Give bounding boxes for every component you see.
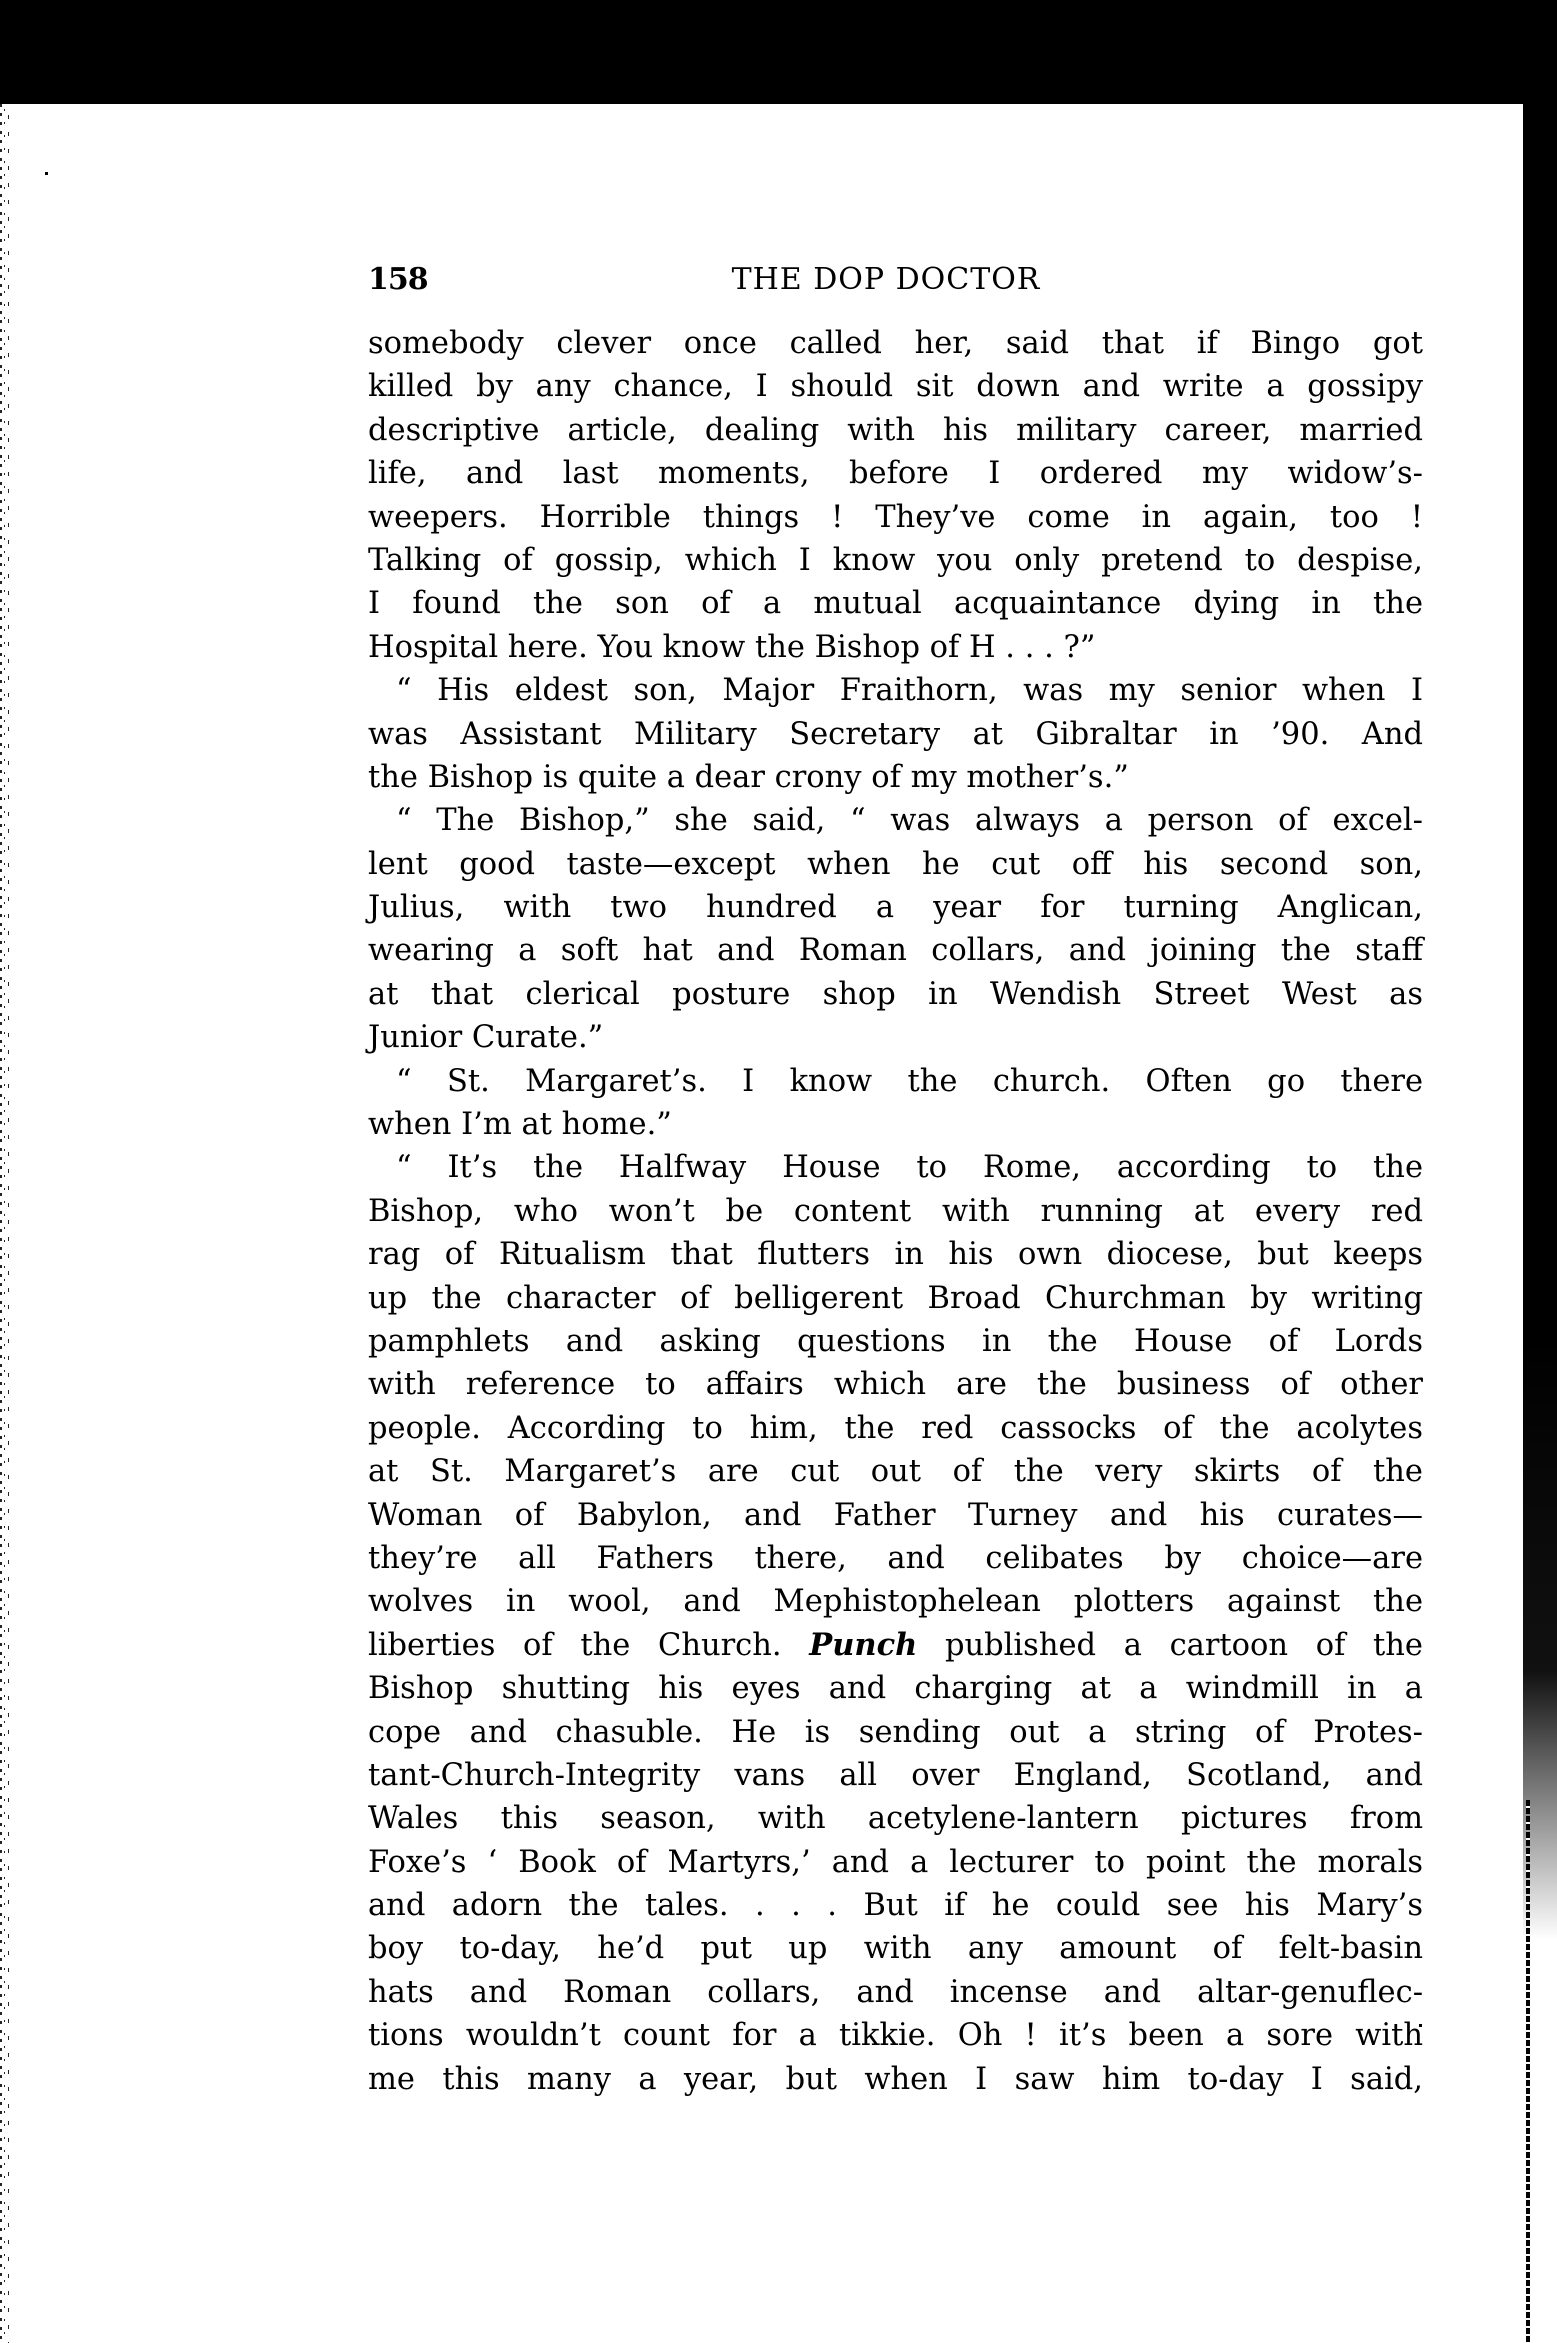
scan-left-edge-noise: [0, 104, 12, 2343]
text-line: lent good taste—except when he cut off h…: [368, 843, 1423, 886]
text-line-content: people. According to him, the red cassoc…: [368, 1407, 1423, 1450]
text-line-content: at St. Margaret’s are cut out of the ver…: [368, 1450, 1423, 1493]
text-line: Bishop shutting his eyes and charging at…: [368, 1667, 1423, 1710]
text-line-content: Bishop, who won’t be content with runnin…: [368, 1190, 1423, 1233]
text-line-content: boy to-day, he’d put up with any amount …: [368, 1927, 1423, 1970]
paragraph-start-line: “ The Bishop,” she said, “ was always a …: [368, 799, 1423, 842]
text-line-content: hats and Roman collars, and incense and …: [368, 1971, 1423, 2014]
text-line: the Bishop is quite a dear crony of my m…: [368, 756, 1423, 799]
text-line-content: Talking of gossip, which I know you only…: [368, 539, 1423, 582]
page-number: 158: [368, 262, 428, 297]
text-segment: liberties of the Church.: [368, 1628, 809, 1663]
text-line-content: “ St. Margaret’s. I know the church. Oft…: [396, 1060, 1423, 1103]
scan-top-black-band: [0, 0, 1557, 104]
text-line: killed by any chance, I should sit down …: [368, 365, 1423, 408]
paragraph-start-line: “ St. Margaret’s. I know the church. Oft…: [368, 1060, 1423, 1103]
text-line-content: tions wouldn’t count for a tikkie. Oh ! …: [368, 2014, 1423, 2057]
text-segment: published a cartoon of the: [917, 1628, 1423, 1663]
italic-title: Punch: [809, 1627, 917, 1663]
text-line-content: cope and chasuble. He is sending out a s…: [368, 1711, 1423, 1754]
text-line-content: up the character of belligerent Broad Ch…: [368, 1277, 1423, 1320]
text-line: wearing a soft hat and Roman collars, an…: [368, 929, 1423, 972]
text-line: life, and last moments, before I ordered…: [368, 452, 1423, 495]
text-line-content: life, and last moments, before I ordered…: [368, 452, 1423, 495]
text-line: cope and chasuble. He is sending out a s…: [368, 1711, 1423, 1754]
text-line: Bishop, who won’t be content with runnin…: [368, 1190, 1423, 1233]
text-line: I found the son of a mutual acquaintance…: [368, 582, 1423, 625]
text-line-content: wolves in wool, and Mephistophelean plot…: [368, 1580, 1423, 1623]
paragraph-start-line: “ His eldest son, Major Fraithorn, was m…: [368, 669, 1423, 712]
text-line: people. According to him, the red cassoc…: [368, 1407, 1423, 1450]
text-line: liberties of the Church. Punch published…: [368, 1624, 1423, 1667]
text-line: at that clerical posture shop in Wendish…: [368, 973, 1423, 1016]
text-line-content: Wales this season, with acetylene-lanter…: [368, 1797, 1423, 1840]
text-line: boy to-day, he’d put up with any amount …: [368, 1927, 1423, 1970]
text-line-content: “ His eldest son, Major Fraithorn, was m…: [396, 669, 1423, 712]
text-line-content: descriptive article, dealing with his mi…: [368, 409, 1423, 452]
text-line-content: Junior Curate.”: [368, 1016, 1423, 1059]
text-line-content: “ The Bishop,” she said, “ was always a …: [396, 799, 1423, 842]
text-line-content: weepers. Horrible things ! They’ve come …: [368, 496, 1423, 539]
text-line-content: Woman of Babylon, and Father Turney and …: [368, 1494, 1423, 1537]
text-line: rag of Ritualism that flutters in his ow…: [368, 1233, 1423, 1276]
text-line: tant-Church-Integrity vans all over Engl…: [368, 1754, 1423, 1797]
text-line-content: with reference to affairs which are the …: [368, 1363, 1423, 1406]
text-line: Wales this season, with acetylene-lanter…: [368, 1797, 1423, 1840]
text-line: with reference to affairs which are the …: [368, 1363, 1423, 1406]
text-line: Foxe’s ‘ Book of Martyrs,’ and a lecture…: [368, 1841, 1423, 1884]
text-line-content: wearing a soft hat and Roman collars, an…: [368, 929, 1423, 972]
text-line: Junior Curate.”: [368, 1016, 1423, 1059]
text-line-content: when I’m at home.”: [368, 1103, 1423, 1146]
text-line: up the character of belligerent Broad Ch…: [368, 1277, 1423, 1320]
text-line: pamphlets and asking questions in the Ho…: [368, 1320, 1423, 1363]
text-line-content: Hospital here. You know the Bishop of H …: [368, 626, 1423, 669]
text-line-content: was Assistant Military Secretary at Gibr…: [368, 713, 1423, 756]
paragraph-start-line: “ It’s the Halfway House to Rome, accord…: [368, 1146, 1423, 1189]
text-line-content: I found the son of a mutual acquaintance…: [368, 582, 1423, 625]
text-line-content: somebody clever once called her, said th…: [368, 322, 1423, 365]
text-line: hats and Roman collars, and incense and …: [368, 1971, 1423, 2014]
running-title: THE DOP DOCTOR: [701, 262, 1071, 297]
text-line-content: lent good taste—except when he cut off h…: [368, 843, 1423, 886]
text-line-content: rag of Ritualism that flutters in his ow…: [368, 1233, 1423, 1276]
text-line: at St. Margaret’s are cut out of the ver…: [368, 1450, 1423, 1493]
text-line: somebody clever once called her, said th…: [368, 322, 1423, 365]
text-line: descriptive article, dealing with his mi…: [368, 409, 1423, 452]
text-line-content: and adorn the tales. . . . But if he cou…: [368, 1884, 1423, 1927]
text-line-content: killed by any chance, I should sit down …: [368, 365, 1423, 408]
text-line-content: tant-Church-Integrity vans all over Engl…: [368, 1754, 1423, 1797]
text-line-content: “ It’s the Halfway House to Rome, accord…: [396, 1146, 1423, 1189]
text-line: wolves in wool, and Mephistophelean plot…: [368, 1580, 1423, 1623]
text-line: Hospital here. You know the Bishop of H …: [368, 626, 1423, 669]
text-line: Talking of gossip, which I know you only…: [368, 539, 1423, 582]
text-line-content: Julius, with two hundred a year for turn…: [368, 886, 1423, 929]
text-line-content: me this many a year, but when I saw him …: [368, 2058, 1423, 2101]
text-line: weepers. Horrible things ! They’ve come …: [368, 496, 1423, 539]
text-line-content: the Bishop is quite a dear crony of my m…: [368, 756, 1423, 799]
text-line-content: liberties of the Church. Punch published…: [368, 1624, 1423, 1667]
body-text: somebody clever once called her, said th…: [368, 322, 1423, 2101]
text-line: they’re all Fathers there, and celibates…: [368, 1537, 1423, 1580]
text-line-content: at that clerical posture shop in Wendish…: [368, 973, 1423, 1016]
text-line-content: pamphlets and asking questions in the Ho…: [368, 1320, 1423, 1363]
text-line: when I’m at home.”: [368, 1103, 1423, 1146]
text-line: Woman of Babylon, and Father Turney and …: [368, 1494, 1423, 1537]
text-line-content: Foxe’s ‘ Book of Martyrs,’ and a lecture…: [368, 1841, 1423, 1884]
text-line: me this many a year, but when I saw him …: [368, 2058, 1423, 2101]
text-line: and adorn the tales. . . . But if he cou…: [368, 1884, 1423, 1927]
text-line-content: they’re all Fathers there, and celibates…: [368, 1537, 1423, 1580]
text-line-content: Bishop shutting his eyes and charging at…: [368, 1667, 1423, 1710]
text-line: Julius, with two hundred a year for turn…: [368, 886, 1423, 929]
scan-right-edge-line: [1526, 1800, 1530, 2343]
scan-speck: [45, 172, 48, 175]
text-line: was Assistant Military Secretary at Gibr…: [368, 713, 1423, 756]
running-head: 158 THE DOP DOCTOR: [368, 262, 1423, 298]
text-line: tions wouldn’t count for a tikkie. Oh ! …: [368, 2014, 1423, 2057]
